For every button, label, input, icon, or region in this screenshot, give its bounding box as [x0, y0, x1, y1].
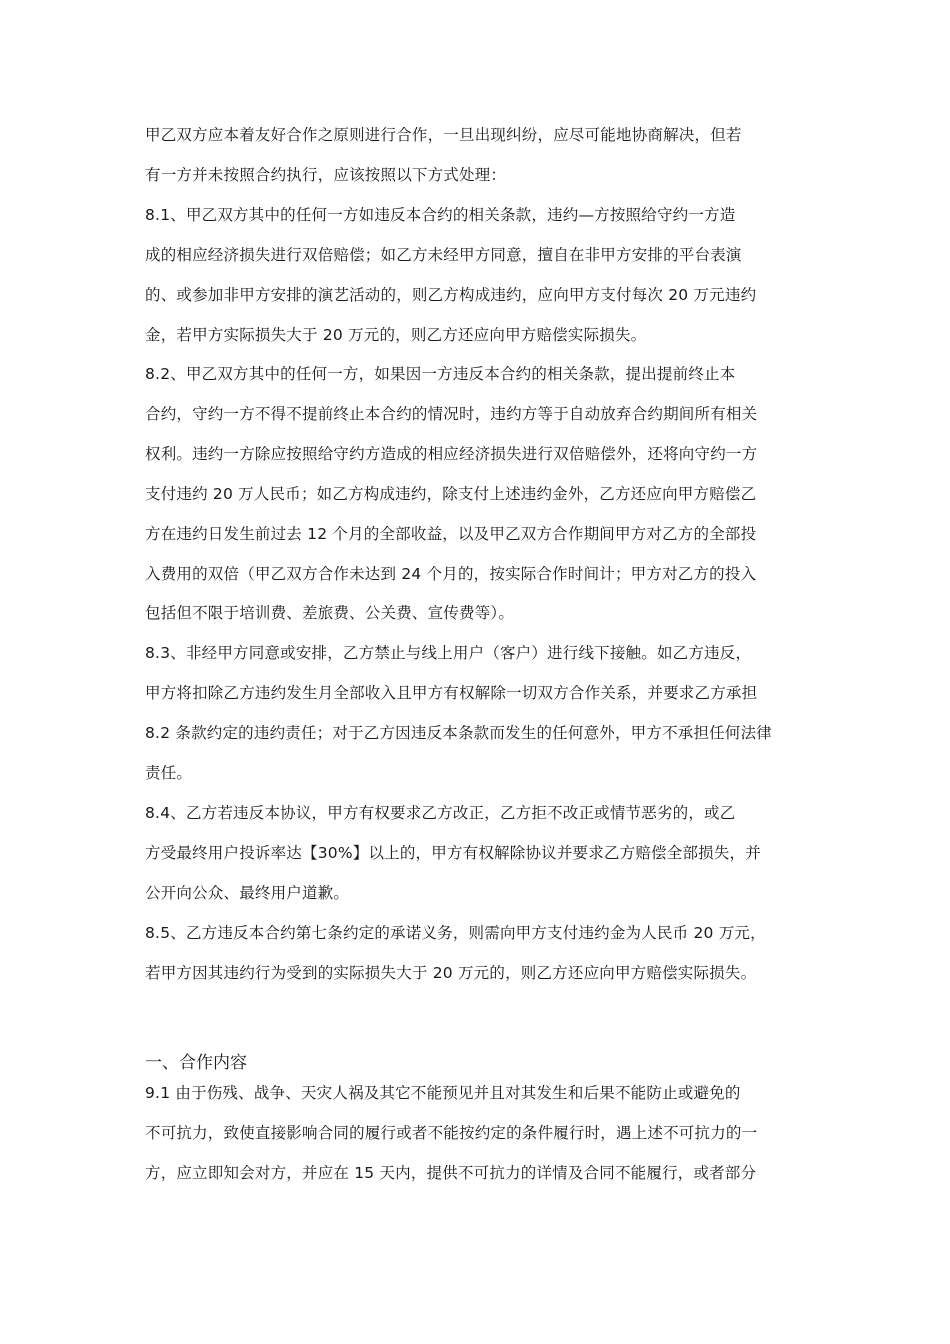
clause-8-1-line-1: 8.1、甲乙双方其中的任何一方如违反本合约的相关条款，违约—方按照给守约一方造	[145, 205, 735, 225]
intro-line-1: 甲乙双方应本着友好合作之原则进行合作，一旦出现纠纷，应尽可能地协商解决，但若	[145, 125, 742, 145]
clause-9-1-line-3: 方，应立即知会对方，并应在 15 天内，提供不可抗力的详情及合同不能履行，或者部…	[145, 1163, 756, 1183]
clause-8-4-line-3: 公开向公众、最终用户道歉。	[145, 883, 349, 903]
clause-8-3-line-1: 8.3、非经甲方同意或安排，乙方禁止与线上用户（客户）进行线下接触。如乙方违反，	[145, 643, 751, 663]
clause-8-4-line-1: 8.4、乙方若违反本协议，甲方有权要求乙方改正，乙方拒不改正或情节恶劣的，或乙	[145, 803, 735, 823]
clause-8-2-line-3: 权利。违约一方除应按照给守约方造成的相应经济损失进行双倍赔偿外，还将向守约一方	[145, 444, 757, 464]
document-page: 甲乙双方应本着友好合作之原则进行合作，一旦出现纠纷，应尽可能地协商解决，但若 有…	[0, 0, 950, 1344]
clause-8-2-line-2: 合约，守约一方不得不提前终止本合约的情况时，违约方等于自动放弃合约期间所有相关	[145, 404, 757, 424]
clause-8-3-line-2: 甲方将扣除乙方违约发生月全部收入且甲方有权解除一切双方合作关系，并要求乙方承担	[145, 683, 757, 703]
clause-8-2-line-4: 支付违约 20 万人民币；如乙方构成违约，除支付上述违约金外，乙方还应向甲方赔偿…	[145, 484, 756, 504]
clause-8-1-line-3: 的、或参加非甲方安排的演艺活动的，则乙方构成违约，应向甲方支付每次 20 万元违…	[145, 285, 756, 305]
clause-9-1-line-2: 不可抗力，致使直接影响合同的履行或者不能按约定的条件履行时，遇上述不可抗力的一	[145, 1123, 757, 1143]
clause-8-3-line-3: 8.2 条款约定的违约责任；对于乙方因违反本条款而发生的任何意外，甲方不承担任何…	[145, 723, 772, 743]
clause-8-4-line-2: 方受最终用户投诉率达【30%】以上的，甲方有权解除协议并要求乙方赔偿全部损失，并	[145, 843, 761, 863]
clause-8-2-line-6: 入费用的双倍（甲乙双方合作未达到 24 个月的，按实际合作时间计；甲方对乙方的投…	[145, 564, 756, 584]
clause-8-2-line-7: 包括但不限于培训费、差旅费、公关费、宣传费等）。	[145, 603, 514, 623]
clause-8-1-line-4: 金，若甲方实际损失大于 20 万元的，则乙方还应向甲方赔偿实际损失。	[145, 325, 646, 345]
clause-8-2-line-1: 8.2、甲乙双方其中的任何一方，如果因一方违反本合约的相关条款，提出提前终止本	[145, 364, 735, 384]
intro-line-2: 有一方并未按照合约执行，应该按照以下方式处理：	[145, 165, 506, 185]
clause-8-5-line-1: 8.5、乙方违反本合约第七条约定的承诺义务，则需向甲方支付违约金为人民币 20 …	[145, 923, 766, 943]
clause-8-2-line-5: 方在违约日发生前过去 12 个月的全部收益，以及甲乙双方合作期间甲方对乙方的全部…	[145, 524, 756, 544]
clause-8-5-line-2: 若甲方因其违约行为受到的实际损失大于 20 万元的，则乙方还应向甲方赔偿实际损失…	[145, 963, 756, 983]
clause-8-1-line-2: 成的相应经济损失进行双倍赔偿；如乙方未经甲方同意，擅自在非甲方安排的平台表演	[145, 245, 742, 265]
clause-8-3-line-4: 责任。	[145, 763, 192, 783]
section-heading: 一、合作内容	[145, 1052, 247, 1074]
clause-9-1-line-1: 9.1 由于伤残、战争、天灾人祸及其它不能预见并且对其发生和后果不能防止或避免的	[145, 1083, 741, 1103]
